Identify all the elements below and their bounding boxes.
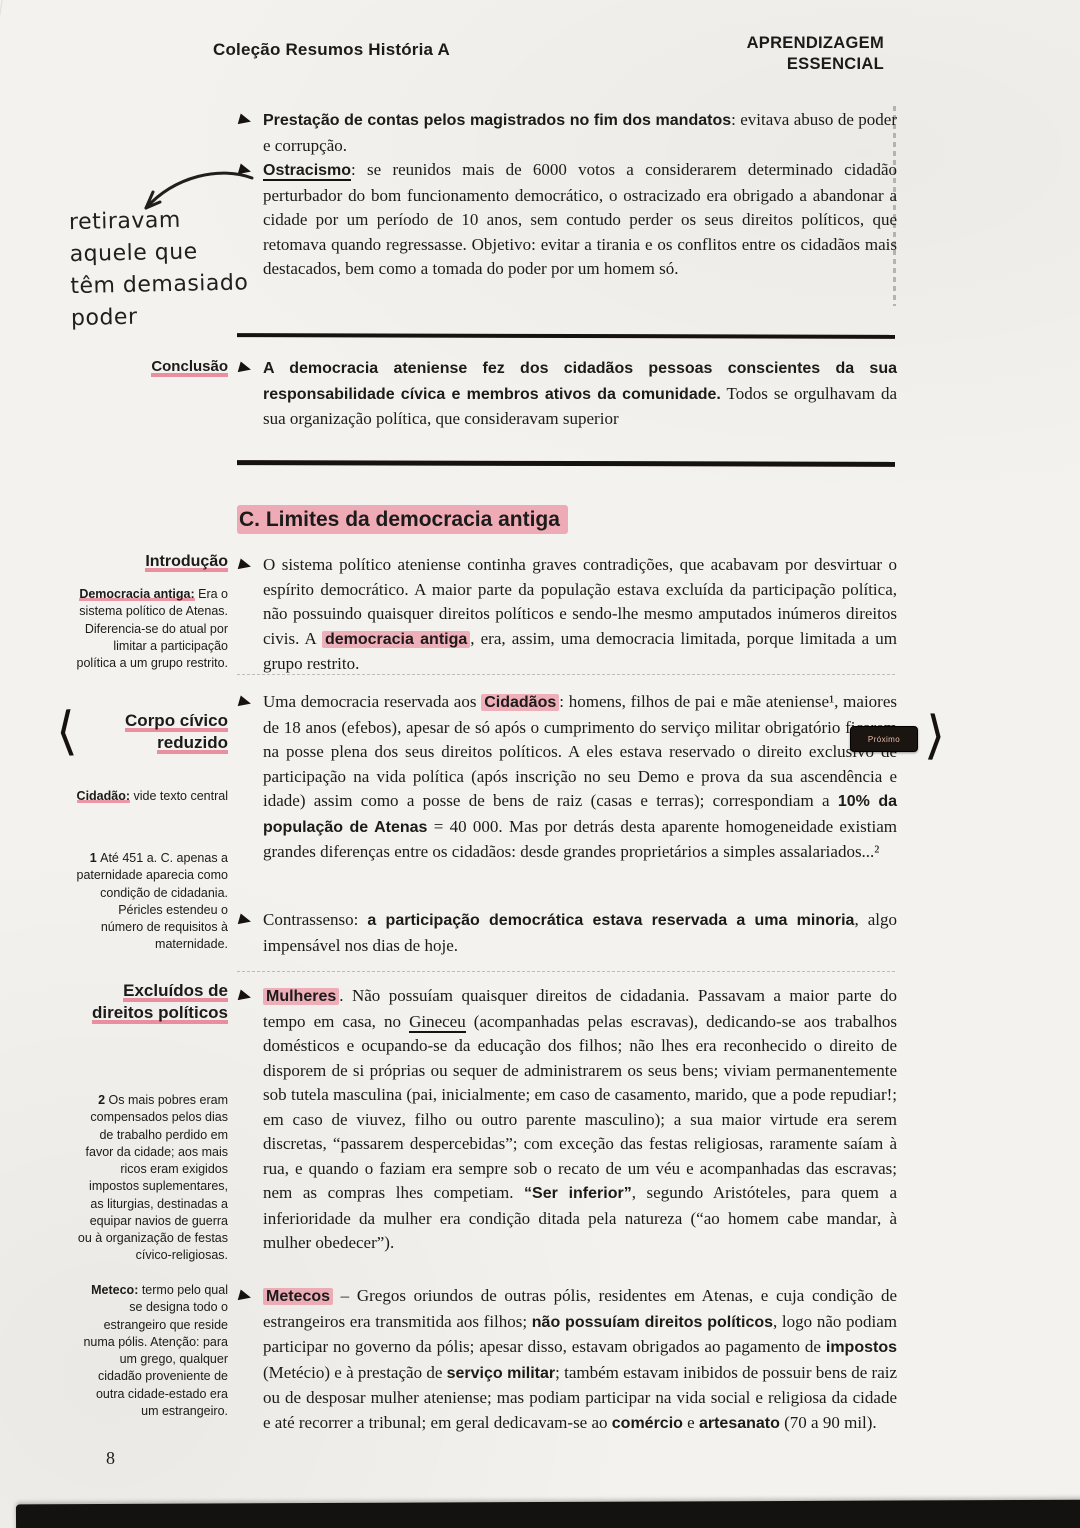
bullet-arrow-icon [238, 362, 253, 376]
bullet-arrow-icon [238, 990, 253, 1004]
overlay-tag-button[interactable]: Próximo [850, 726, 918, 752]
scanned-page: Coleção Resumos História A APRENDIZAGEM … [0, 0, 1080, 1528]
margin-democracia-text: Democracia antiga: Era o sistema polític… [77, 587, 228, 670]
handwritten-line: têm demasiado [70, 267, 271, 303]
page-crease [0, 0, 9, 592]
text-run: Mulheres [263, 988, 339, 1005]
bullet-ostracismo-text: Ostracismo: se reunidos mais de 6000 vot… [263, 160, 897, 278]
margin-excluidos-text: Excluídos de direitos políticos [92, 981, 228, 1024]
text-run: serviço militar [447, 1365, 556, 1382]
section-heading-text: C. Limites da democracia antiga [237, 505, 568, 534]
margin-democracia-def: Democracia antiga: Era o sistema polític… [76, 586, 228, 672]
handwritten-line: poder [71, 299, 272, 335]
paragraph-metecos-text: Metecos – Gregos oriundos de outras póli… [263, 1286, 897, 1432]
margin-footnote-1-text: 1 Até 451 a. C. apenas a paternidade apa… [77, 851, 229, 951]
margin-corpo-civico-text: Corpo cívico reduzido [125, 711, 228, 754]
text-run: e [683, 1413, 699, 1432]
text-run: : se reunidos mais de 6000 votos a consi… [263, 160, 897, 278]
margin-cidadao: Cidadão: vide texto central [76, 788, 228, 805]
text-run: vide texto central [130, 789, 228, 803]
paragraph-contrassenso-body: Contrassenso: a participação democrática… [237, 908, 897, 958]
bullet-arrow-icon [238, 559, 253, 573]
margin-cidadao-text: Cidadão: vide texto central [77, 789, 228, 803]
handwritten-right-bracket: ⟩ [923, 706, 946, 767]
text-run: comércio [612, 1415, 683, 1432]
handwritten-note: retiravam aquele que têm demasiado poder [69, 203, 272, 335]
brand-line-2: ESSENCIAL [747, 54, 884, 75]
paragraph-mulheres: Mulheres. Não possuíam quaisquer direito… [237, 984, 897, 1256]
text-run: não possuíam direitos políticos [532, 1314, 773, 1331]
paragraph-contrassenso-text: Contrassenso: a participação democrática… [263, 910, 897, 955]
bullet-arrow-icon [238, 696, 253, 710]
margin-introducao: Introdução [76, 552, 228, 573]
conclusion-text: A democracia ateniense fez dos cidadãos … [263, 358, 897, 428]
text-run: democracia antiga [322, 631, 470, 648]
faint-divider [237, 971, 895, 972]
text-run: Prestação de contas pelos magistrados no… [263, 112, 731, 129]
text-run: Democracia antiga: [79, 587, 194, 601]
paragraph-cidadaos-text: Uma democracia reservada aos Cidadãos: h… [263, 692, 897, 861]
bullet-arrow-icon [238, 914, 253, 928]
conclusion-label-text: Conclusão [151, 358, 228, 377]
conclusion-block: A democracia ateniense fez dos cidadãos … [237, 356, 897, 432]
collection-title: Coleção Resumos História A [213, 40, 450, 60]
paragraph-mulheres-body: Mulheres. Não possuíam quaisquer direito… [237, 984, 897, 1256]
margin-meteco-text: Meteco: termo pelo qual se designa todo … [83, 1283, 228, 1418]
bullet-prestacao: Prestação de contas pelos magistrados no… [237, 108, 897, 158]
text-run: Ostracismo [263, 162, 351, 181]
rule-top [237, 333, 895, 339]
top-bullet-list: Prestação de contas pelos magistrados no… [237, 108, 897, 282]
text-run: Metecos [263, 1288, 333, 1305]
text-run: Os mais pobres eram compensados pelos di… [78, 1093, 228, 1262]
paragraph-intro: O sistema político ateniense continha gr… [237, 553, 897, 677]
rule-bottom [237, 460, 895, 467]
text-run: (Metécio) e à prestação de [263, 1363, 447, 1382]
brand-title: APRENDIZAGEM ESSENCIAL [747, 33, 884, 74]
text-run: Cidadão: [77, 789, 130, 803]
text-run: Até 451 a. C. apenas a paternidade apare… [77, 851, 229, 951]
page-number: 8 [106, 1448, 115, 1469]
paragraph-intro-body: O sistema político ateniense continha gr… [237, 553, 897, 677]
text-run: a participação democrática estava reserv… [367, 912, 854, 929]
text-run: (70 a 90 mil). [780, 1413, 877, 1432]
margin-excluidos: Excluídos de direitos políticos [76, 980, 228, 1024]
bullet-ostracismo: Ostracismo: se reunidos mais de 6000 vot… [237, 158, 897, 282]
handwritten-left-bracket: ⟨ [54, 701, 78, 762]
bullet-prestacao-text: Prestação de contas pelos magistrados no… [263, 110, 897, 155]
handwritten-line: aquele que [69, 235, 270, 271]
overlay-tag-label: Próximo [868, 735, 900, 744]
margin-footnote-2: 2 Os mais pobres eram compensados pelos … [76, 1092, 228, 1265]
section-heading: C. Limites da democracia antiga [237, 508, 568, 532]
margin-footnote-1: 1 Até 451 a. C. apenas a paternidade apa… [76, 850, 228, 954]
paragraph-metecos-body: Metecos – Gregos oriundos de outras póli… [237, 1284, 897, 1436]
text-run: termo pelo qual se designa todo o estran… [83, 1283, 228, 1418]
text-run: Uma democracia reservada aos [263, 692, 481, 711]
text-run: artesanato [699, 1415, 780, 1432]
paragraph-metecos: Metecos – Gregos oriundos de outras póli… [237, 1284, 897, 1436]
margin-meteco-def: Meteco: termo pelo qual se designa todo … [76, 1282, 228, 1420]
margin-introducao-text: Introdução [145, 553, 228, 572]
paragraph-cidadaos-body: Uma democracia reservada aos Cidadãos: h… [237, 690, 897, 865]
text-run: (acompanhadas pelas escravas), dedicando… [263, 1012, 897, 1203]
brand-line-1: APRENDIZAGEM [747, 33, 884, 54]
text-run: Contrassenso: [263, 910, 367, 929]
text-run: 1 [90, 851, 100, 865]
bullet-arrow-icon [238, 1290, 253, 1304]
bullet-arrow-icon [238, 114, 253, 128]
scan-bottom-edge [16, 1500, 1080, 1528]
paragraph-mulheres-text: Mulheres. Não possuíam quaisquer direito… [263, 986, 897, 1252]
faint-divider [237, 674, 895, 675]
paragraph-contrassenso: Contrassenso: a participação democrática… [237, 908, 897, 958]
text-run: Meteco: [91, 1283, 142, 1297]
conclusion-paragraph: A democracia ateniense fez dos cidadãos … [237, 356, 897, 432]
conclusion-label: Conclusão [76, 358, 228, 375]
margin-corpo-civico: Corpo cívico reduzido [76, 710, 228, 754]
margin-footnote-2-text: 2 Os mais pobres eram compensados pelos … [78, 1093, 228, 1262]
text-run: Gineceu [409, 1012, 466, 1033]
text-run: 2 [98, 1093, 108, 1107]
text-run: Cidadãos [481, 694, 559, 711]
text-run: impostos [826, 1339, 897, 1356]
paragraph-cidadaos: Uma democracia reservada aos Cidadãos: h… [237, 690, 897, 865]
handwritten-line: retiravam [69, 203, 270, 239]
text-run: “Ser inferior” [524, 1185, 632, 1202]
paragraph-intro-text: O sistema político ateniense continha gr… [263, 555, 897, 673]
